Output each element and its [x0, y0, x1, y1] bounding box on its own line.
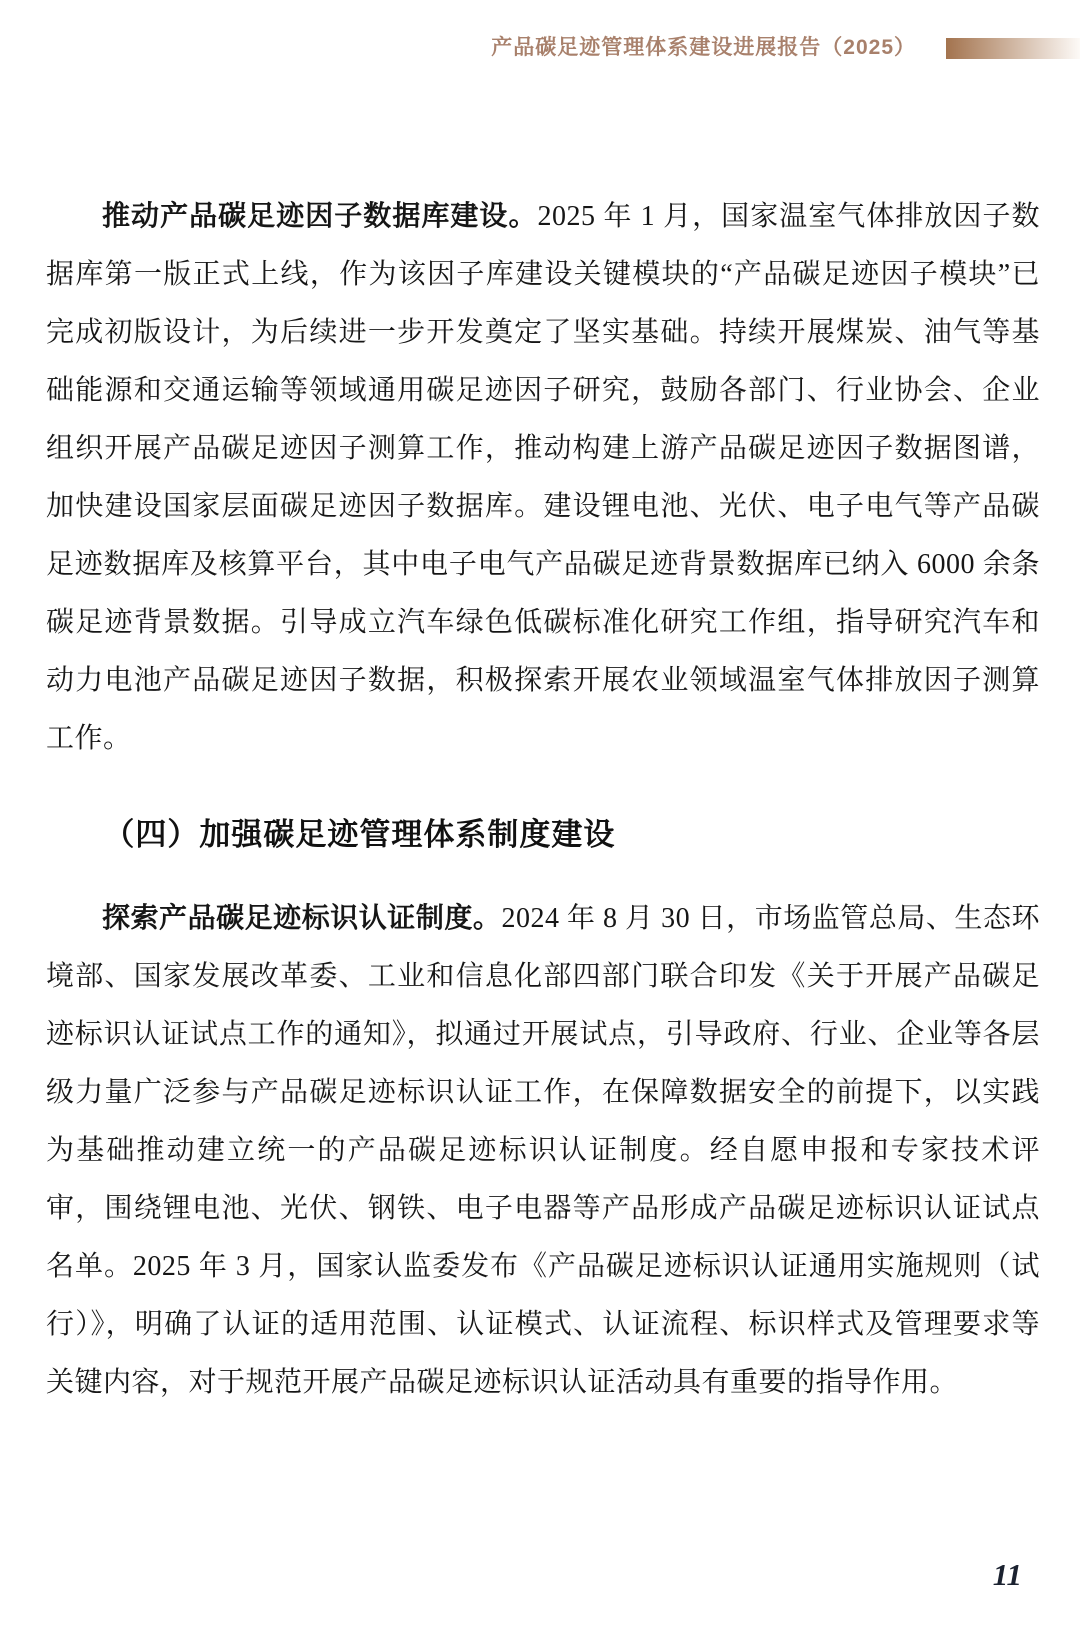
paragraph-text-label-certification: 2024 年 8 月 30 日，市场监管总局、生态环境部、国家发展改革委、工业和… — [46, 903, 1040, 1398]
report-page: 产品碳足迹管理体系建设进展报告（2025） 推动产品碳足迹因子数据库建设。202… — [0, 0, 1080, 1627]
header-gradient-bar — [946, 38, 1080, 59]
paragraph-factor-database: 推动产品碳足迹因子数据库建设。2025 年 1 月，国家温室气体排放因子数据库第… — [46, 188, 1040, 768]
header-report-title: 产品碳足迹管理体系建设进展报告（2025） — [491, 36, 916, 60]
page-body: 推动产品碳足迹因子数据库建设。2025 年 1 月，国家温室气体排放因子数据库第… — [0, 188, 1080, 1412]
section-heading-4: （四）加强碳足迹管理体系制度建设 — [46, 814, 1040, 856]
page-header: 产品碳足迹管理体系建设进展报告（2025） — [0, 0, 1080, 60]
page-number: 11 — [993, 1557, 1022, 1593]
paragraph-lead-factor-database: 推动产品碳足迹因子数据库建设。 — [102, 201, 537, 232]
paragraph-lead-label-certification: 探索产品碳足迹标识认证制度。 — [102, 903, 501, 934]
paragraph-text-factor-database: 2025 年 1 月，国家温室气体排放因子数据库第一版正式上线，作为该因子库建设… — [46, 201, 1040, 754]
paragraph-label-certification: 探索产品碳足迹标识认证制度。2024 年 8 月 30 日，市场监管总局、生态环… — [46, 890, 1040, 1412]
